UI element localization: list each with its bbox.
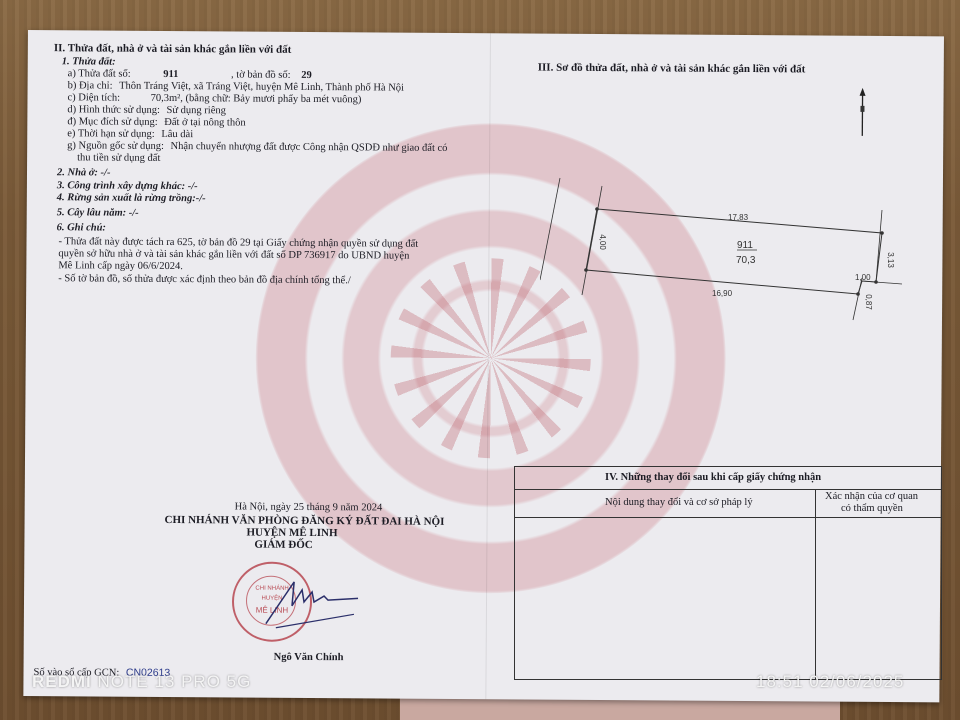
field-label: d) Hình thức sử dụng: — [67, 104, 160, 116]
section-iii-title: III. Sơ đồ thửa đất, nhà ở và tài sản kh… — [538, 62, 806, 76]
item-value: -/- — [188, 181, 198, 192]
field-label: a) Thửa đất số: — [68, 68, 131, 79]
item-value: -/- — [129, 208, 139, 219]
field-value: 911 — [163, 69, 178, 80]
changes-table-title-row: IV. Những thay đổi sau khi cấp giấy chứn… — [515, 467, 941, 490]
note-line: - Số tờ bản đồ, số thửa được xác định th… — [58, 273, 351, 287]
item-label: 5. Cây lâu năm: — [57, 207, 127, 218]
column-header-confirmation: Xác nhận của cơ quan — [825, 491, 918, 503]
edge-bottom-length: 16,90 — [712, 288, 732, 300]
parcel-heading: 1. Thửa đất: — [62, 56, 116, 68]
field-label: g) Nguồn gốc sử dụng: — [67, 140, 164, 152]
edge-left-length: 4,00 — [596, 234, 608, 250]
signer-name: Ngô Văn Chính — [274, 652, 344, 664]
item-label: 3. Công trình xây dựng khác: — [57, 180, 185, 192]
column-header-content: Nội dung thay đổi và cơ sở pháp lý — [605, 497, 753, 509]
item-label: 2. Nhà ở: — [57, 167, 98, 178]
issuing-org: CHI NHÁNH VĂN PHÒNG ĐĂNG KÝ ĐẤT ĐAI HÀ N… — [165, 514, 445, 528]
item-value: -/- — [101, 168, 111, 179]
column-header-confirmation-cont: có thẩm quyền — [841, 503, 903, 515]
parcel-plan-diagram — [540, 170, 920, 340]
signature-date: Hà Nội, ngày 25 tháng 9 năm 2024 — [235, 501, 383, 514]
item-house: 2. Nhà ở: -/- — [57, 167, 111, 179]
field-value: Sử dụng riêng — [166, 105, 225, 116]
field-label: c) Diện tích: — [67, 92, 120, 103]
camera-model: NOTE 13 PRO 5G — [92, 672, 252, 691]
edge-notch-horizontal: 1,00 — [855, 272, 871, 284]
north-arrow-icon — [857, 88, 867, 138]
camera-brand: REDMI — [32, 672, 92, 691]
field-value: 70,3m², (bằng chữ: Bảy mươi phẩy ba mét … — [151, 93, 362, 105]
section-ii-title: II. Thửa đất, nhà ở và tài sản khác gắn … — [54, 42, 291, 56]
field-value: Lâu dài — [161, 129, 193, 140]
item-label: 4. Rừng sản xuất là rừng trồng: — [57, 192, 196, 204]
camera-watermark-model: REDMI NOTE 13 PRO 5G — [32, 672, 251, 692]
field-value: Thôn Tráng Việt, xã Tráng Việt, huyện Mê… — [119, 81, 404, 94]
signer-title: GIÁM ĐỐC — [254, 539, 312, 551]
edge-top-length: 17,83 — [728, 212, 748, 224]
field-value: Nhận chuyển nhượng đất được Công nhận QS… — [170, 141, 447, 154]
camera-watermark-timestamp: 18:51 02/06/2025 — [756, 672, 904, 692]
field-usage-origin-cont: thu tiền sử dụng đất — [77, 152, 160, 165]
field-label: b) Địa chỉ: — [68, 80, 113, 91]
edge-right-length: 3,13 — [884, 252, 896, 268]
issuing-district: HUYỆN MÊ LINH — [246, 527, 337, 540]
field-label: đ) Mục đích sử dụng: — [67, 116, 157, 128]
field-label: e) Thời hạn sử dụng: — [67, 128, 155, 140]
item-production-forest: 4. Rừng sản xuất là rừng trồng:-/- — [57, 192, 206, 205]
parcel-area-label: 70,3 — [736, 255, 755, 267]
field-value: 29 — [301, 70, 312, 81]
changes-table-title: IV. Những thay đổi sau khi cấp giấy chứn… — [605, 472, 821, 484]
changes-table: IV. Những thay đổi sau khi cấp giấy chứn… — [514, 466, 942, 680]
field-usage-form: d) Hình thức sử dụng: Sử dụng riêng — [67, 104, 226, 117]
item-notes-heading: 6. Ghi chú: — [57, 222, 106, 234]
parcel-number-label: 911 — [737, 240, 753, 252]
edge-notch-vertical: 0,87 — [862, 294, 874, 310]
note-line: Mê Linh cấp ngày 06/6/2024. — [58, 260, 183, 273]
column-divider — [815, 489, 816, 679]
signature-scribble — [254, 572, 364, 633]
item-perennial-trees: 5. Cây lâu năm: -/- — [57, 207, 139, 220]
field-label: , tờ bản đồ số: — [231, 69, 291, 80]
item-value: -/- — [196, 193, 206, 204]
item-other-construction: 3. Công trình xây dựng khác: -/- — [57, 180, 198, 193]
field-usage-term: e) Thời hạn sử dụng: Lâu dài — [67, 128, 193, 141]
field-value: Đất ở tại nông thôn — [164, 117, 245, 129]
changes-table-header-row: Nội dung thay đổi và cơ sở pháp lý Xác n… — [515, 489, 941, 518]
